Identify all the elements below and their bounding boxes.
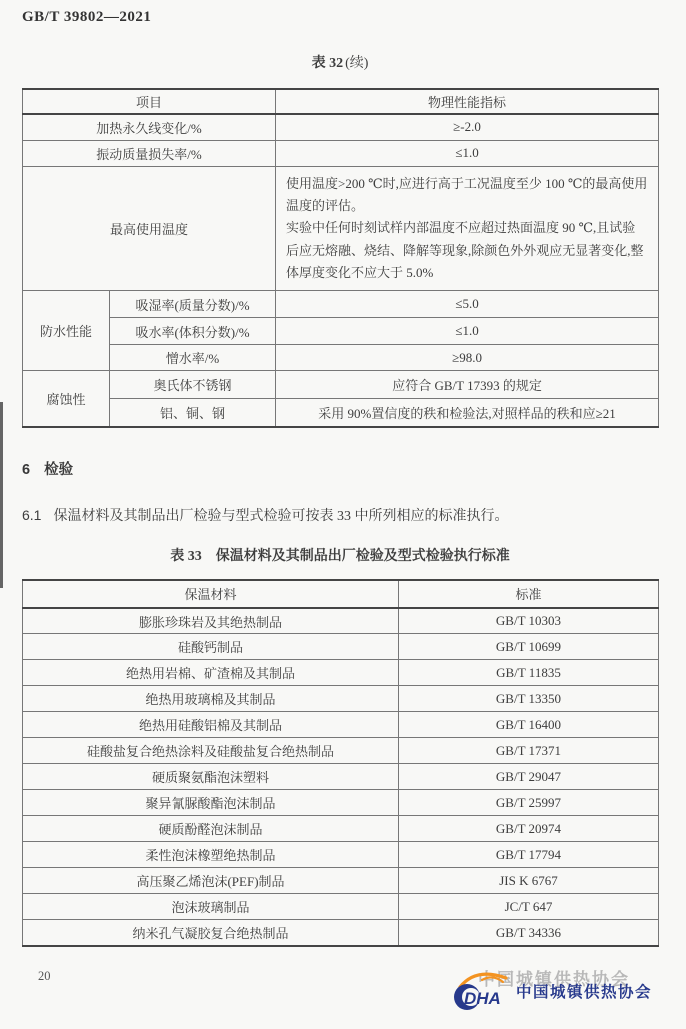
table-row: 硅酸盐复合绝热涂料及硅酸盐复合绝热制品 GB/T 17371 — [23, 738, 659, 764]
table-row: 泡沫玻璃制品 JC/T 647 — [23, 894, 659, 920]
document-page: GB/T 39802—2021 表 32(续) 项目 物理性能指标 加热永久线变… — [0, 0, 686, 1029]
scan-edge-artifact — [0, 402, 3, 588]
clause-text: 保温材料及其制品出厂检验与型式检验可按表 33 中所列相应的标准执行。 — [53, 509, 508, 524]
standard-cell: GB/T 20974 — [399, 816, 659, 842]
value-cell: ≥98.0 — [276, 345, 659, 371]
item-cell: 吸湿率(质量分数)/% — [110, 291, 276, 318]
table-row: 铝、铜、钢 采用 90%置信度的秩和检验法,对照样品的秩和应≥21 — [23, 399, 659, 427]
table33: 保温材料 标准 膨胀珍珠岩及其绝热制品 GB/T 10303 硅酸钙制品 GB/… — [22, 579, 659, 947]
value-cell: ≤1.0 — [276, 140, 659, 166]
item-cell: 振动质量损失率/% — [23, 140, 276, 166]
table-row: 最高使用温度 使用温度>200 ℃时,应进行高于工况温度至少 100 ℃的最高使… — [23, 166, 659, 291]
table-row: 纳米孔气凝胶复合绝热制品 GB/T 34336 — [23, 920, 659, 946]
standard-cell: GB/T 25997 — [399, 790, 659, 816]
table-row: 绝热用硅酸铝棉及其制品 GB/T 16400 — [23, 712, 659, 738]
table32: 项目 物理性能指标 加热永久线变化/% ≥-2.0 振动质量损失率/% ≤1.0… — [22, 88, 659, 428]
table-row: 膨胀珍珠岩及其绝热制品 GB/T 10303 — [23, 608, 659, 634]
table32-title: 表 32(续) — [22, 54, 658, 74]
material-cell: 绝热用玻璃棉及其制品 — [23, 686, 399, 712]
max-temp-paragraph-2: 实验中任何时刻试样内部温度不应超过热面温度 90 ℃,且试验后应无熔融、烧结、降… — [286, 217, 648, 284]
table33-title-number: 表 33 — [170, 549, 202, 564]
standard-cell: GB/T 10699 — [399, 634, 659, 660]
material-cell: 纳米孔气凝胶复合绝热制品 — [23, 920, 399, 946]
dha-logo-icon: DHA — [452, 971, 514, 1011]
table-row: 吸水率(体积分数)/% ≤1.0 — [23, 318, 659, 345]
table-row: 绝热用玻璃棉及其制品 GB/T 13350 — [23, 686, 659, 712]
value-cell: ≥-2.0 — [276, 114, 659, 140]
standard-cell: JC/T 647 — [399, 894, 659, 920]
material-cell: 硅酸盐复合绝热涂料及硅酸盐复合绝热制品 — [23, 738, 399, 764]
table33-header-material: 保温材料 — [23, 580, 399, 608]
table-row: 硬质酚醛泡沫制品 GB/T 20974 — [23, 816, 659, 842]
item-cell: 加热永久线变化/% — [23, 114, 276, 140]
table-row: 防水性能 吸湿率(质量分数)/% ≤5.0 — [23, 291, 659, 318]
association-logo: 中国城镇供热协会 DHA 中国城镇供热协会 — [452, 963, 672, 1015]
table33-title-text: 保温材料及其制品出厂检验及型式检验执行标准 — [216, 549, 510, 564]
standard-cell: GB/T 10303 — [399, 608, 659, 634]
value-cell: ≤1.0 — [276, 318, 659, 345]
material-cell: 硅酸钙制品 — [23, 634, 399, 660]
material-cell: 柔性泡沫橡塑绝热制品 — [23, 842, 399, 868]
standard-cell: GB/T 13350 — [399, 686, 659, 712]
table33-header-row: 保温材料 标准 — [23, 580, 659, 608]
material-cell: 硬质聚氨酯泡沫塑料 — [23, 764, 399, 790]
table32-header-value: 物理性能指标 — [276, 89, 659, 114]
item-cell: 奥氏体不锈钢 — [110, 371, 276, 399]
table33-title: 表 33保温材料及其制品出厂检验及型式检验执行标准 — [22, 547, 658, 567]
logo-abbr: DHA — [464, 989, 501, 1008]
material-cell: 泡沫玻璃制品 — [23, 894, 399, 920]
group-cell: 防水性能 — [23, 291, 110, 371]
clause-number: 6.1 — [22, 507, 41, 523]
value-cell: ≤5.0 — [276, 291, 659, 318]
value-cell: 采用 90%置信度的秩和检验法,对照样品的秩和应≥21 — [276, 399, 659, 427]
standard-cell: GB/T 29047 — [399, 764, 659, 790]
item-cell: 最高使用温度 — [23, 166, 276, 291]
page-footer: 20 中国城镇供热协会 DHA 中国城镇供热协会 — [22, 963, 658, 1023]
material-cell: 绝热用硅酸铝棉及其制品 — [23, 712, 399, 738]
table32-header-item: 项目 — [23, 89, 276, 114]
material-cell: 膨胀珍珠岩及其绝热制品 — [23, 608, 399, 634]
table-row: 绝热用岩棉、矿渣棉及其制品 GB/T 11835 — [23, 660, 659, 686]
standard-cell: GB/T 34336 — [399, 920, 659, 946]
value-cell: 应符合 GB/T 17393 的规定 — [276, 371, 659, 399]
table32-title-number: 表 32 — [312, 56, 344, 71]
section-title: 检验 — [44, 462, 73, 478]
clause-6-1: 6.1保温材料及其制品出厂检验与型式检验可按表 33 中所列相应的标准执行。 — [22, 505, 658, 525]
table32-header-row: 项目 物理性能指标 — [23, 89, 659, 114]
standard-cell: GB/T 17794 — [399, 842, 659, 868]
table32-title-suffix: (续) — [345, 56, 368, 71]
table-row: 加热永久线变化/% ≥-2.0 — [23, 114, 659, 140]
group-cell: 腐蚀性 — [23, 371, 110, 427]
standard-cell: GB/T 11835 — [399, 660, 659, 686]
max-temp-paragraph-1: 使用温度>200 ℃时,应进行高于工况温度至少 100 ℃的最高使用温度的评估。 — [286, 173, 648, 218]
standard-cell: GB/T 16400 — [399, 712, 659, 738]
table-row: 聚异氰脲酸酯泡沫制品 GB/T 25997 — [23, 790, 659, 816]
table-row: 硅酸钙制品 GB/T 10699 — [23, 634, 659, 660]
section-heading: 6检验 — [22, 458, 658, 479]
table33-body: 膨胀珍珠岩及其绝热制品 GB/T 10303 硅酸钙制品 GB/T 10699 … — [23, 608, 659, 946]
value-cell: 使用温度>200 ℃时,应进行高于工况温度至少 100 ℃的最高使用温度的评估。… — [276, 166, 659, 291]
standard-cell: GB/T 17371 — [399, 738, 659, 764]
table-row: 柔性泡沫橡塑绝热制品 GB/T 17794 — [23, 842, 659, 868]
doc-code: GB/T 39802—2021 — [22, 8, 658, 26]
table-row: 振动质量损失率/% ≤1.0 — [23, 140, 659, 166]
section-number: 6 — [22, 462, 30, 478]
standard-cell: JIS K 6767 — [399, 868, 659, 894]
logo-name: 中国城镇供热协会 — [516, 980, 652, 1002]
item-cell: 憎水率/% — [110, 345, 276, 371]
page-number: 20 — [38, 969, 51, 984]
item-cell: 铝、铜、钢 — [110, 399, 276, 427]
material-cell: 绝热用岩棉、矿渣棉及其制品 — [23, 660, 399, 686]
material-cell: 聚异氰脲酸酯泡沫制品 — [23, 790, 399, 816]
material-cell: 硬质酚醛泡沫制品 — [23, 816, 399, 842]
table-row: 腐蚀性 奥氏体不锈钢 应符合 GB/T 17393 的规定 — [23, 371, 659, 399]
table-row: 硬质聚氨酯泡沫塑料 GB/T 29047 — [23, 764, 659, 790]
item-cell: 吸水率(体积分数)/% — [110, 318, 276, 345]
table-row: 憎水率/% ≥98.0 — [23, 345, 659, 371]
material-cell: 高压聚乙烯泡沫(PEF)制品 — [23, 868, 399, 894]
table33-header-standard: 标准 — [399, 580, 659, 608]
table-row: 高压聚乙烯泡沫(PEF)制品 JIS K 6767 — [23, 868, 659, 894]
